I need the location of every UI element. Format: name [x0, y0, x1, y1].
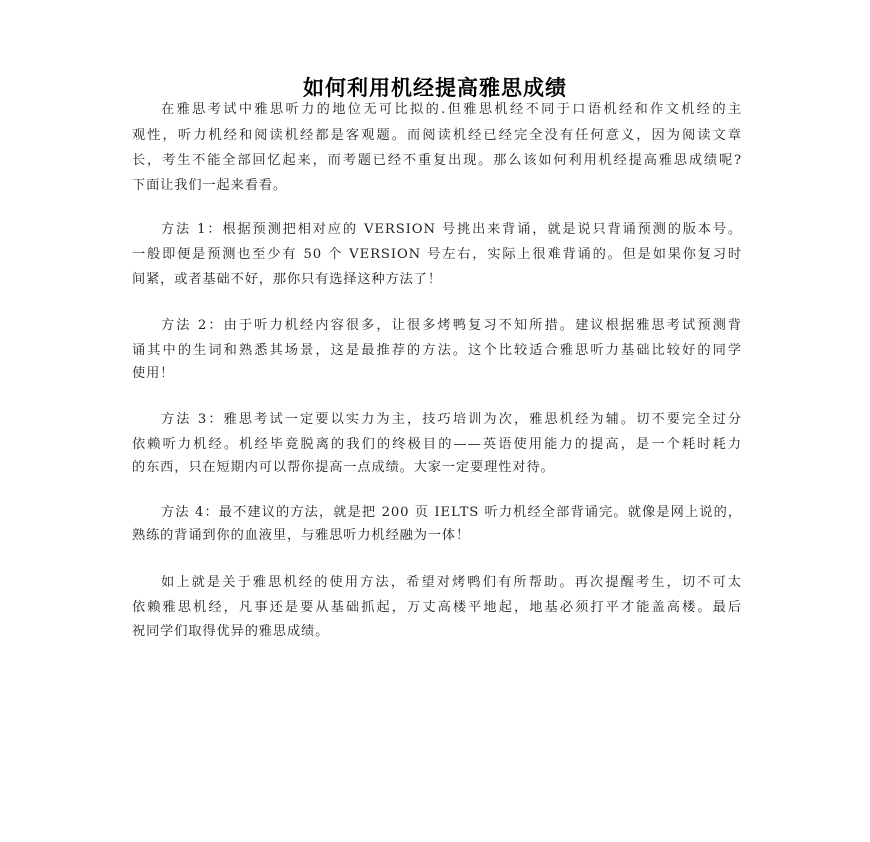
paragraph-line: 方法 2：由于听力机经内容很多，让很多烤鸭复习不知所措。建议根据雅思考试预测背 [161, 316, 742, 336]
paragraph-line: 在雅思考试中雅思听力的地位无可比拟的.但雅思机经不同于口语机经和作文机经的主 [161, 100, 742, 120]
paragraph-line: 如上就是关于雅思机经的使用方法，希望对烤鸭们有所帮助。再次提醒考生，切不可太 [161, 573, 742, 593]
paragraph-line: 观性，听力机经和阅读机经都是客观题。而阅读机经已经完全没有任何意义，因为阅读文章 [132, 126, 742, 146]
paragraph-line: 方法 3：雅思考试一定要以实力为主，技巧培训为次，雅思机经为辅。切不要完全过分 [161, 410, 742, 430]
document-title: 如何利用机经提高雅思成绩 [0, 74, 870, 102]
paragraph-line: 一般即便是预测也至少有 50 个 VERSION 号左右，实际上很难背诵的。但是… [132, 245, 742, 265]
paragraph-line: 方法 4：最不建议的方法，就是把 200 页 IELTS 听力机经全部背诵完。就… [161, 503, 742, 523]
paragraph-line: 方法 1：根据预测把相对应的 VERSION 号挑出来背诵，就是说只背诵预测的版… [161, 220, 742, 240]
paragraph-line: 依赖听力机经。机经毕竟脱离的我们的终极目的——英语使用能力的提高，是一个耗时耗力 [132, 435, 742, 455]
paragraph-line: 祝同学们取得优异的雅思成绩。 [132, 622, 742, 642]
paragraph-line: 依赖雅思机经，凡事还是要从基础抓起，万丈高楼平地起，地基必须打平才能盖高楼。最后 [132, 598, 742, 618]
paragraph-line: 的东西，只在短期内可以帮你提高一点成绩。大家一定要理性对待。 [132, 458, 742, 478]
paragraph-line: 下面让我们一起来看看。 [132, 176, 742, 196]
paragraph-line: 诵其中的生词和熟悉其场景，这是最推荐的方法。这个比较适合雅思听力基础比较好的同学 [132, 341, 742, 361]
paragraph-line: 熟练的背诵到你的血液里，与雅思听力机经融为一体！ [132, 526, 742, 546]
document-page: 如何利用机经提高雅思成绩 在雅思考试中雅思听力的地位无可比拟的.但雅思机经不同于… [0, 0, 870, 842]
paragraph-line: 长，考生不能全部回忆起来，而考题已经不重复出现。那么该如何利用机经提高雅思成绩呢… [132, 151, 742, 171]
paragraph-line: 间紧，或者基础不好，那你只有选择这种方法了！ [132, 270, 742, 290]
paragraph-line: 使用！ [132, 364, 742, 384]
